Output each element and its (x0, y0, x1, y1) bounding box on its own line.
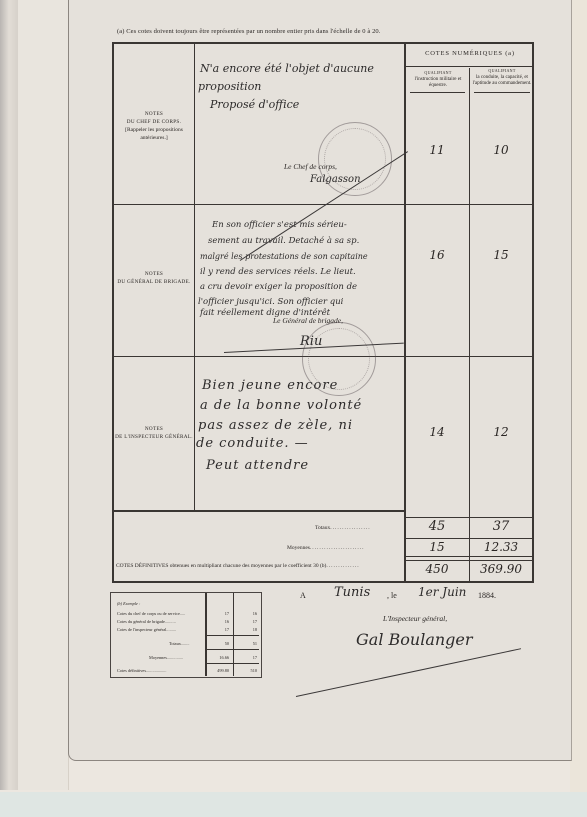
section-label-line: DE L'INSPECTEUR GÉNÉRAL. (113, 433, 195, 441)
example-value: 51 (239, 641, 257, 646)
example-moyennes-label: Moyennes............... (149, 655, 183, 660)
handwritten-note-line: Proposé d'office (210, 98, 299, 111)
flyleaf-page (18, 0, 69, 790)
score-instruction-chef: 11 (407, 143, 467, 157)
example-line (207, 649, 259, 650)
section-label-note: [Rappeler les propositions antérieures.] (113, 126, 195, 142)
example-value: 499.80 (207, 668, 229, 673)
example-row-label: Cotes du chef de corps ou de service....… (117, 611, 185, 616)
totals-bottom-line (404, 538, 534, 539)
signature-chef-de-corps: Falgasson (310, 174, 361, 185)
footnote-scale: (a) Ces cotes doivent toujours être repr… (117, 28, 381, 35)
section-label-line: NOTES (113, 110, 195, 118)
handwritten-note-line: pas assez de zèle, ni (198, 418, 353, 433)
handwritten-note-line: a de la bonne volonté (200, 398, 362, 413)
handwritten-note-line: l'officier jusqu'ici. Son officier qui (198, 297, 343, 307)
section-label-line: DU CHEF DE CORPS. (113, 118, 195, 126)
averages-bottom-line (404, 556, 534, 557)
col1-header-line (410, 92, 465, 93)
handwritten-note-line: a cru devoir exiger la proposition de (200, 282, 357, 292)
example-value: 17 (239, 619, 257, 624)
score-instruction-general: 16 (407, 248, 467, 262)
handwritten-note-line: sement au travail. Detaché à sa sp. (208, 236, 359, 246)
section-divider-3 (114, 510, 404, 512)
scores-divider (404, 42, 406, 583)
section-label-line: NOTES (113, 425, 195, 433)
average-conduite: 12.33 (471, 540, 531, 554)
example-title: (b) Exemple : (117, 601, 140, 606)
handwritten-note-line: N'a encore été l'objet d'aucune (200, 62, 374, 75)
moyennes-label: Moyennes....................... (287, 545, 365, 551)
cotes-definitives-label: COTES DÉFINITIVES obtenues en multiplian… (116, 563, 360, 569)
book-binding (0, 0, 18, 790)
example-value: 16.66 (209, 655, 229, 660)
total-instruction: 45 (407, 519, 467, 534)
group-header-line (404, 66, 534, 67)
scan-background (0, 792, 587, 817)
section-label-line: DU GÉNÉRAL DE BRIGADE. (113, 278, 195, 286)
score-columns-divider (469, 68, 470, 583)
column-header-text: la conduite, la capacité, et l'aptitude … (471, 75, 533, 88)
average-instruction: 15 (407, 540, 467, 554)
handwritten-note-line: il y rend des services réels. Le lieut. (200, 267, 356, 277)
example-line (207, 635, 259, 636)
section-label-general-brigade: NOTES DU GÉNÉRAL DE BRIGADE. (113, 270, 195, 286)
column-header-text: l'instruction militaire et équestre. (408, 77, 468, 90)
col2-header-line (474, 92, 530, 93)
handwritten-note-line: proposition (198, 80, 261, 93)
example-box: (b) Exemple : Cotes du chef de corps ou … (110, 592, 262, 678)
example-value: 50 (211, 641, 229, 646)
example-line (207, 663, 259, 664)
date-separator: , le (387, 591, 397, 600)
final-conduite: 369.90 (471, 562, 531, 576)
signature-label-chef: Le Chef de corps, (284, 162, 337, 171)
page-margin-right (570, 0, 587, 792)
handwritten-note-line: En son officier s'est mis sérieu- (212, 220, 347, 230)
example-value: 16 (239, 611, 257, 616)
example-row-label: Cotes du général de brigade.......... (117, 619, 176, 624)
example-row-label: Cotes de l'inspecteur général......... (117, 627, 176, 632)
final-instruction: 450 (407, 562, 467, 576)
handwritten-note-line: Bien jeune encore (202, 378, 338, 393)
signature-inspector-general: Gal Boulanger (356, 630, 473, 649)
example-value: 18 (239, 627, 257, 632)
handwritten-note-line: malgré les protestations de son capitain… (200, 252, 368, 261)
date-handwritten: 1er Juin (418, 585, 466, 599)
place-handwritten: Tunis (334, 585, 370, 600)
score-instruction-inspecteur: 14 (407, 425, 467, 439)
section-label-line: NOTES (113, 270, 195, 278)
example-value: 17 (239, 655, 257, 660)
inspector-general-label: L'Inspecteur général, (383, 614, 447, 623)
example-value: 510 (239, 668, 257, 673)
score-conduite-general: 15 (471, 248, 531, 262)
example-value: 17 (211, 627, 229, 632)
example-definitives-label: Cotes définitives................... (117, 668, 166, 673)
averages-double-line (404, 560, 534, 561)
example-totaux-label: Totaux........ (169, 641, 189, 646)
cotes-numeriques-title: COTES NUMÉRIQUES (a) (406, 50, 534, 57)
score-conduite-chef: 10 (471, 143, 531, 157)
place-prefix: A (300, 591, 306, 600)
total-conduite: 37 (471, 519, 531, 534)
date-year: 1884. (478, 591, 496, 600)
column-header-instruction: QUALIFIANT l'instruction militaire et éq… (408, 70, 468, 90)
handwritten-note-line: Peut attendre (206, 458, 309, 473)
totaux-label: Totaux................. (315, 525, 371, 531)
column-header-conduite: QUALIFIANT la conduite, la capacité, et … (471, 68, 533, 88)
example-value: 17 (211, 611, 229, 616)
section-label-chef-de-corps: NOTES DU CHEF DE CORPS. [Rappeler les pr… (113, 110, 195, 142)
example-value: 16 (211, 619, 229, 624)
handwritten-note-line: de conduite. — (196, 436, 309, 451)
totals-top-line (404, 517, 534, 518)
section-label-inspecteur-general: NOTES DE L'INSPECTEUR GÉNÉRAL. (113, 425, 195, 441)
score-conduite-inspecteur: 12 (471, 425, 531, 439)
